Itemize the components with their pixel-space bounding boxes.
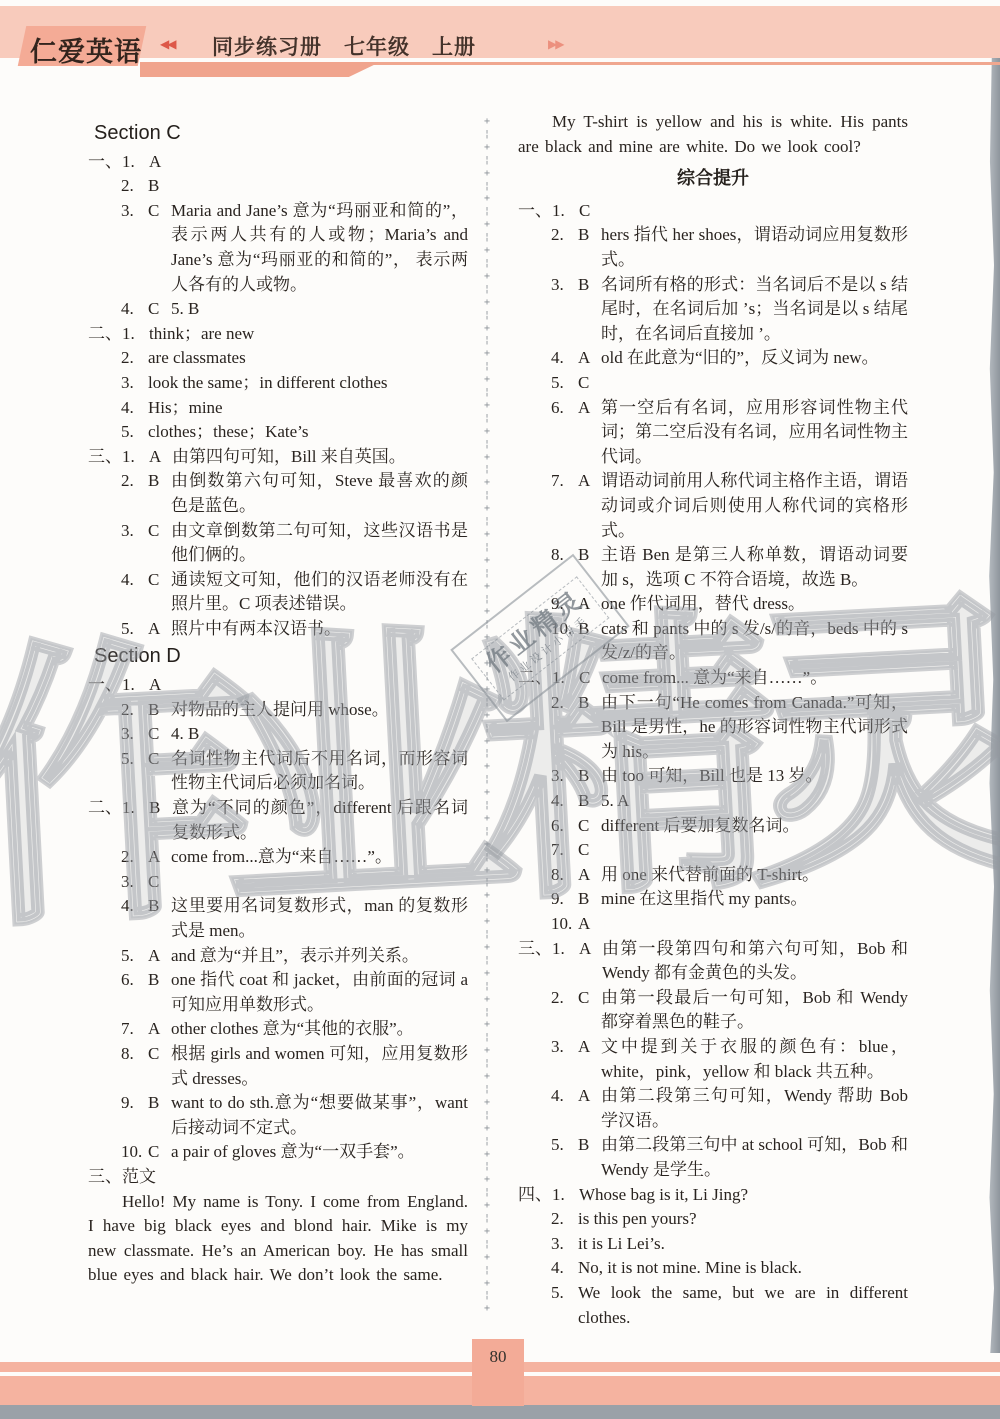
header-ribbon-strip (140, 62, 380, 77)
item-answer: C (579, 199, 602, 224)
scan-bottom-shadow (0, 1405, 1000, 1419)
item-number: 2. (551, 986, 578, 1011)
item-explanation: 范文 (122, 1165, 468, 1190)
item-number: 1. (552, 199, 579, 224)
answer-item: 4.C5. B (88, 297, 468, 322)
item-number: 5. (551, 371, 578, 396)
item-answer: B (578, 691, 601, 716)
brand-title: 仁爱英语 (30, 30, 142, 69)
page-number: 80 (490, 1347, 507, 1367)
answer-item: 2.B (88, 174, 468, 199)
item-explanation: and 意为“并且”，表示并列关系。 (171, 944, 468, 969)
item-answer: C (578, 371, 601, 396)
answer-item: 4.His；mine (88, 396, 468, 421)
answer-item: 三、1.A由第一段第四句和第六句可知，Bob 和 Wendy 都有金黄色的头发。 (518, 937, 908, 986)
answer-item: 3.C (88, 870, 468, 895)
answer-item: 一、1.C (518, 199, 908, 224)
center-heading: 综合提升 (518, 166, 908, 191)
item-explanation: 文中提到关于衣服的颜色有：blue，white，pink，yellow 和 bl… (601, 1035, 908, 1084)
item-number: 1. (122, 322, 149, 347)
answer-item: 7.A谓语动词前用人称代词主格作主语，谓语动词或介词后则使用人称代词的宾格形式。 (518, 469, 908, 543)
answer-item: 3.C由文章倒数第二句可知，这些汉语书是他们俩的。 (88, 519, 468, 568)
item-number: 1. (122, 445, 149, 470)
answer-item: 7.C (518, 838, 908, 863)
item-answer: B (578, 789, 601, 814)
item-answer: C (148, 297, 171, 322)
item-explanation: 对物品的主人提问用 whose。 (171, 698, 468, 723)
item-number: 2. (121, 346, 148, 371)
item-answer: A (148, 1017, 171, 1042)
answer-item: 二、1.B意为“不同的颜色”，different 后跟名词复数形式。 (88, 796, 468, 845)
scan-torn-edge (985, 58, 1000, 1353)
item-explanation: cats 和 pants 中的 s 发/s/的音，beds 中的 s 发/z/的… (601, 617, 908, 666)
item-number: 1. (552, 1183, 579, 1208)
item-explanation: other clothes 意为“其他的衣服”。 (171, 1017, 468, 1042)
item-answer: B (148, 174, 171, 199)
item-number: 8. (121, 1042, 148, 1067)
item-number: 4. (551, 789, 578, 814)
item-explanation: 主语 Ben 是第三人称单数，谓语动词要加 s，选项 C 不符合语境，故选 B。 (601, 543, 908, 592)
item-number: 5. (551, 1133, 578, 1158)
item-answer: A (578, 1084, 601, 1109)
item-answer: A (579, 937, 602, 962)
item-number: 3. (551, 1232, 578, 1257)
item-number: 3. (551, 764, 578, 789)
item-explanation: 这里要用名词复数形式，man 的复数形式是 men。 (171, 894, 468, 943)
item-answer: A (148, 845, 171, 870)
answer-item: 2.Acome from...意为“来自……”。 (88, 845, 468, 870)
item-number: 2. (551, 1207, 578, 1232)
item-number: 2. (551, 223, 578, 248)
section-heading: Section D (94, 644, 468, 669)
item-explanation: 根据 girls and women 可知，应用复数形式 dresses。 (171, 1042, 468, 1091)
item-explanation: 谓语动词前用人称代词主格作主语，谓语动词或介词后则使用人称代词的宾格形式。 (601, 469, 908, 543)
answer-item: 9.Aone 作代词用，替代 dress。 (518, 592, 908, 617)
answer-item: 4.B5. A (518, 789, 908, 814)
item-answer: C (148, 519, 171, 544)
item-number: 10. (551, 617, 578, 642)
item-answer: B (148, 1091, 171, 1116)
item-number: 8. (551, 863, 578, 888)
item-explanation: think；are new (149, 322, 468, 347)
answer-item: 二、1.Ccome from... 意为“来自……”。 (518, 666, 908, 691)
item-number: 7. (121, 1017, 148, 1042)
item-answer: A (578, 592, 601, 617)
answer-item: 三、1.A由第四句可知，Bill 来自英国。 (88, 445, 468, 470)
left-arrows-icon: ◀◀ (160, 37, 174, 52)
item-explanation: clothes；these；Kate’s (148, 420, 468, 445)
item-answer: B (148, 469, 171, 494)
item-number: 7. (551, 469, 578, 494)
answer-item: 6.A第一空后有名词，应用形容词性物主代词；第二空后没有名词，应用名词性物主代词… (518, 396, 908, 470)
answer-item: 二、1.think；are new (88, 322, 468, 347)
book-title: 同步练习册 七年级 上册 (212, 31, 476, 61)
item-number: 4. (121, 568, 148, 593)
item-answer: A (149, 445, 172, 470)
answer-item: 2.are classmates (88, 346, 468, 371)
item-answer: B (578, 223, 601, 248)
item-prefix: 三、 (88, 445, 122, 470)
answer-item: 3.CMaria and Jane’s 意为“玛丽亚和简的”，表示两人共有的人或… (88, 199, 468, 297)
item-explanation: 由下一句“He comes from Canada.”可知，Bill 是男性，h… (601, 691, 908, 765)
answer-item: 10.Ca pair of gloves 意为“一双手套”。 (88, 1140, 468, 1165)
item-number: 1. (122, 796, 149, 821)
item-number: 1. (552, 937, 579, 962)
item-answer: B (578, 543, 601, 568)
answer-item: 5.B由第二段第三句中 at school 可知，Bob 和 Wendy 是学生… (518, 1133, 908, 1182)
item-explanation: different 后要加复数名词。 (601, 814, 908, 839)
answer-item: 8.B主语 Ben 是第三人称单数，谓语动词要加 s，选项 C 不符合语境，故选… (518, 543, 908, 592)
item-answer: A (578, 396, 601, 421)
item-number: 1. (122, 150, 149, 175)
item-answer: A (578, 346, 601, 371)
item-number: 2. (551, 691, 578, 716)
item-answer: A (148, 617, 171, 642)
item-number: 3. (121, 371, 148, 396)
item-explanation: We look the same, but we are in differen… (578, 1281, 908, 1330)
right-arrows-icon: ▶▶ (548, 37, 562, 52)
item-explanation: come from... 意为“来自……”。 (602, 666, 908, 691)
item-number: 5. (121, 617, 148, 642)
item-explanation: 由第二段第三句可知，Wendy 帮助 Bob 学汉语。 (601, 1084, 908, 1133)
answer-item: 2.Bhers 指代 her shoes，谓语动词应用复数形式。 (518, 223, 908, 272)
left-answer-column: Section C一、1.A2.B3.CMaria and Jane’s 意为“… (88, 118, 468, 1288)
item-number: 2. (121, 698, 148, 723)
item-number: 1. (552, 666, 579, 691)
item-number: 10. (121, 1140, 148, 1165)
answer-item: 2.B对物品的主人提问用 whose。 (88, 698, 468, 723)
item-explanation: Maria and Jane’s 意为“玛丽亚和简的”，表示两人共有的人或物；M… (171, 199, 468, 297)
page-number-tab: 80 (472, 1339, 524, 1406)
item-explanation: 由倒数第六句可知，Steve 最喜欢的颜色是蓝色。 (171, 469, 468, 518)
item-number: 6. (551, 396, 578, 421)
item-explanation: want to do sth.意为“想要做某事”，want 后接动词不定式。 (171, 1091, 468, 1140)
item-answer: C (148, 199, 171, 224)
item-number: 7. (551, 838, 578, 863)
item-explanation: 名词所有格的形式：当名词后不是以 s 结尾时，在名词后加 ’s；当名词是以 s … (601, 273, 908, 347)
item-answer: C (148, 1042, 171, 1067)
item-answer: A (148, 944, 171, 969)
item-number: 2. (121, 845, 148, 870)
item-number: 4. (551, 1256, 578, 1281)
item-explanation: 5. A (601, 789, 908, 814)
item-explanation: 由文章倒数第二句可知，这些汉语书是他们俩的。 (171, 519, 468, 568)
item-answer: C (578, 814, 601, 839)
item-number: 10. (551, 912, 578, 937)
answer-item: 5.C名词性物主代词后不用名词，而形容词性物主代词后必须加名词。 (88, 747, 468, 796)
item-explanation: 用 one 来代替前面的 T-shirt。 (601, 863, 908, 888)
item-prefix: 四、 (518, 1183, 552, 1208)
answer-item: 4.B这里要用名词复数形式，man 的复数形式是 men。 (88, 894, 468, 943)
item-explanation: 通读短文可知，他们的汉语老师没有在照片里。C 项表述错误。 (171, 568, 468, 617)
item-prefix: 一、 (88, 673, 122, 698)
answer-item: 7.Aother clothes 意为“其他的衣服”。 (88, 1017, 468, 1042)
answer-item: 3.it is Li Lei’s. (518, 1232, 908, 1257)
item-explanation: look the same；in different clothes (148, 371, 468, 396)
item-answer: C (148, 1140, 171, 1165)
answer-item: 4.No, it is not mine. Mine is black. (518, 1256, 908, 1281)
answer-item: 5.C (518, 371, 908, 396)
answer-item: 四、1.Whose bag is it, Li Jing? (518, 1183, 908, 1208)
item-answer: A (578, 863, 601, 888)
item-explanation: 5. B (171, 297, 468, 322)
item-number: 5. (121, 944, 148, 969)
item-answer: C (148, 870, 171, 895)
answer-item: 一、1.A (88, 673, 468, 698)
item-explanation: 4. B (171, 722, 468, 747)
item-answer: C (579, 666, 602, 691)
item-answer: B (578, 617, 601, 642)
answer-item: 2.B由下一句“He comes from Canada.”可知，Bill 是男… (518, 691, 908, 765)
item-number: 2. (121, 469, 148, 494)
paragraph: My T-shirt is yellow and his is white. H… (518, 110, 908, 159)
item-answer: B (578, 887, 601, 912)
item-number: 4. (551, 346, 578, 371)
answer-item: 4.A由第二段第三句可知，Wendy 帮助 Bob 学汉语。 (518, 1084, 908, 1133)
item-prefix: 一、 (88, 150, 122, 175)
item-explanation: hers 指代 her shoes，谓语动词应用复数形式。 (601, 223, 908, 272)
item-number: 8. (551, 543, 578, 568)
item-prefix: 三、 (518, 937, 552, 962)
item-number: 3. (121, 519, 148, 544)
item-prefix: 二、 (518, 666, 552, 691)
item-explanation: old 在此意为“旧的”，反义词为 new。 (601, 346, 908, 371)
item-answer: B (149, 796, 172, 821)
answer-item: 3.C4. B (88, 722, 468, 747)
answer-item: 5.We look the same, but we are in differ… (518, 1281, 908, 1330)
answer-item: 4.C通读短文可知，他们的汉语老师没有在照片里。C 项表述错误。 (88, 568, 468, 617)
item-number: 2. (121, 174, 148, 199)
answer-item: 6.Cdifferent 后要加复数名词。 (518, 814, 908, 839)
column-divider: + ¦ + ¦ + ¦ + ¦ + ¦ + ¦ + ¦ + ¦ + ¦ + ¦ … (481, 116, 493, 1312)
item-number: 5. (121, 747, 148, 772)
item-answer: A (578, 1035, 601, 1060)
item-answer: B (578, 273, 601, 298)
item-number: 3. (121, 722, 148, 747)
answer-item: 3.B名词所有格的形式：当名词后不是以 s 结尾时，在名词后加 ’s；当名词是以… (518, 273, 908, 347)
workbook-answer-page: 仁爱英语 ◀◀ 同步练习册 七年级 上册 ▶▶ Section C一、1.A2.… (0, 0, 1000, 1419)
item-explanation: 名词性物主代词后不用名词，而形容词性物主代词后必须加名词。 (171, 747, 468, 796)
item-answer: C (578, 838, 601, 863)
item-number: 3. (551, 273, 578, 298)
item-number: 4. (551, 1084, 578, 1109)
answer-item: 5.clothes；these；Kate’s (88, 420, 468, 445)
item-answer: A (149, 150, 172, 175)
answer-item: 4.Aold 在此意为“旧的”，反义词为 new。 (518, 346, 908, 371)
paragraph: Hello! My name is Tony. I come from Engl… (88, 1190, 468, 1288)
item-explanation: one 作代词用，替代 dress。 (601, 592, 908, 617)
answer-item: 10.A (518, 912, 908, 937)
answer-item: 三、范文 (88, 1165, 468, 1190)
item-answer: C (148, 747, 171, 772)
section-heading: Section C (94, 121, 468, 146)
item-explanation: 由第一段第四句和第六句可知，Bob 和 Wendy 都有金黄色的头发。 (602, 937, 908, 986)
answer-item: 5.Aand 意为“并且”，表示并列关系。 (88, 944, 468, 969)
answer-item: 3.A文中提到关于衣服的颜色有：blue，white，pink，yellow 和… (518, 1035, 908, 1084)
item-explanation: 由第一段最后一句可知，Bob 和 Wendy 都穿着黑色的鞋子。 (601, 986, 908, 1035)
item-answer: C (148, 722, 171, 747)
item-explanation: 由第四句可知，Bill 来自英国。 (172, 445, 468, 470)
item-answer: B (578, 764, 601, 789)
item-answer: A (578, 912, 601, 937)
item-number: 4. (121, 396, 148, 421)
item-answer: A (578, 469, 601, 494)
right-answer-column: My T-shirt is yellow and his is white. H… (518, 110, 908, 1330)
item-prefix: 三、 (88, 1165, 122, 1190)
item-explanation: come from...意为“来自……”。 (171, 845, 468, 870)
header-band (0, 6, 1000, 58)
answer-item: 2.C由第一段最后一句可知，Bob 和 Wendy 都穿着黑色的鞋子。 (518, 986, 908, 1035)
item-number: 9. (121, 1091, 148, 1116)
item-prefix: 二、 (88, 796, 122, 821)
item-number: 5. (121, 420, 148, 445)
item-explanation: 由 too 可知，Bill 也是 13 岁。 (601, 764, 908, 789)
item-prefix: 二、 (88, 322, 122, 347)
item-number: 3. (121, 870, 148, 895)
page-footer: 80 (0, 1339, 1000, 1419)
item-explanation: His；mine (148, 396, 468, 421)
item-explanation: a pair of gloves 意为“一双手套”。 (171, 1140, 468, 1165)
answer-item: 3.B由 too 可知，Bill 也是 13 岁。 (518, 764, 908, 789)
item-number: 1. (122, 673, 149, 698)
item-answer: B (148, 968, 171, 993)
item-answer: B (148, 894, 171, 919)
item-explanation: 照片中有两本汉语书。 (171, 617, 468, 642)
item-number: 9. (551, 592, 578, 617)
item-explanation: 意为“不同的颜色”，different 后跟名词复数形式。 (172, 796, 468, 845)
item-answer: C (148, 568, 171, 593)
answer-item: 5.A照片中有两本汉语书。 (88, 617, 468, 642)
item-explanation: one 指代 coat 和 jacket，由前面的冠词 a 可知应用单数形式。 (171, 968, 468, 1017)
item-explanation: mine 在这里指代 my pants。 (601, 887, 908, 912)
item-number: 3. (121, 199, 148, 224)
answer-item: 2.B由倒数第六句可知，Steve 最喜欢的颜色是蓝色。 (88, 469, 468, 518)
item-explanation: Whose bag is it, Li Jing? (579, 1183, 908, 1208)
item-number: 4. (121, 894, 148, 919)
item-explanation: are classmates (148, 346, 468, 371)
page-header: 仁爱英语 ◀◀ 同步练习册 七年级 上册 ▶▶ (0, 0, 1000, 90)
answer-item: 6.Bone 指代 coat 和 jacket，由前面的冠词 a 可知应用单数形… (88, 968, 468, 1017)
item-number: 9. (551, 887, 578, 912)
item-number: 6. (551, 814, 578, 839)
answer-item: 8.C根据 girls and women 可知，应用复数形式 dresses。 (88, 1042, 468, 1091)
item-number: 4. (121, 297, 148, 322)
answer-item: 一、1.A (88, 150, 468, 175)
item-answer: B (148, 698, 171, 723)
answer-item: 8.A用 one 来代替前面的 T-shirt。 (518, 863, 908, 888)
item-explanation: No, it is not mine. Mine is black. (578, 1256, 908, 1281)
item-answer: C (578, 986, 601, 1011)
item-answer: B (578, 1133, 601, 1158)
item-prefix: 一、 (518, 199, 552, 224)
answer-item: 9.Bmine 在这里指代 my pants。 (518, 887, 908, 912)
item-number: 6. (121, 968, 148, 993)
item-answer: A (149, 673, 172, 698)
answer-item: 9.Bwant to do sth.意为“想要做某事”，want 后接动词不定式… (88, 1091, 468, 1140)
item-explanation: 由第二段第三句中 at school 可知，Bob 和 Wendy 是学生。 (601, 1133, 908, 1182)
item-explanation: 第一空后有名词，应用形容词性物主代词；第二空后没有名词，应用名词性物主代词。 (601, 396, 908, 470)
answer-item: 10.Bcats 和 pants 中的 s 发/s/的音，beds 中的 s 发… (518, 617, 908, 666)
item-explanation: is this pen yours? (578, 1207, 908, 1232)
item-explanation: it is Li Lei’s. (578, 1232, 908, 1257)
answer-item: 3.look the same；in different clothes (88, 371, 468, 396)
item-number: 5. (551, 1281, 578, 1306)
answer-item: 2.is this pen yours? (518, 1207, 908, 1232)
item-number: 3. (551, 1035, 578, 1060)
